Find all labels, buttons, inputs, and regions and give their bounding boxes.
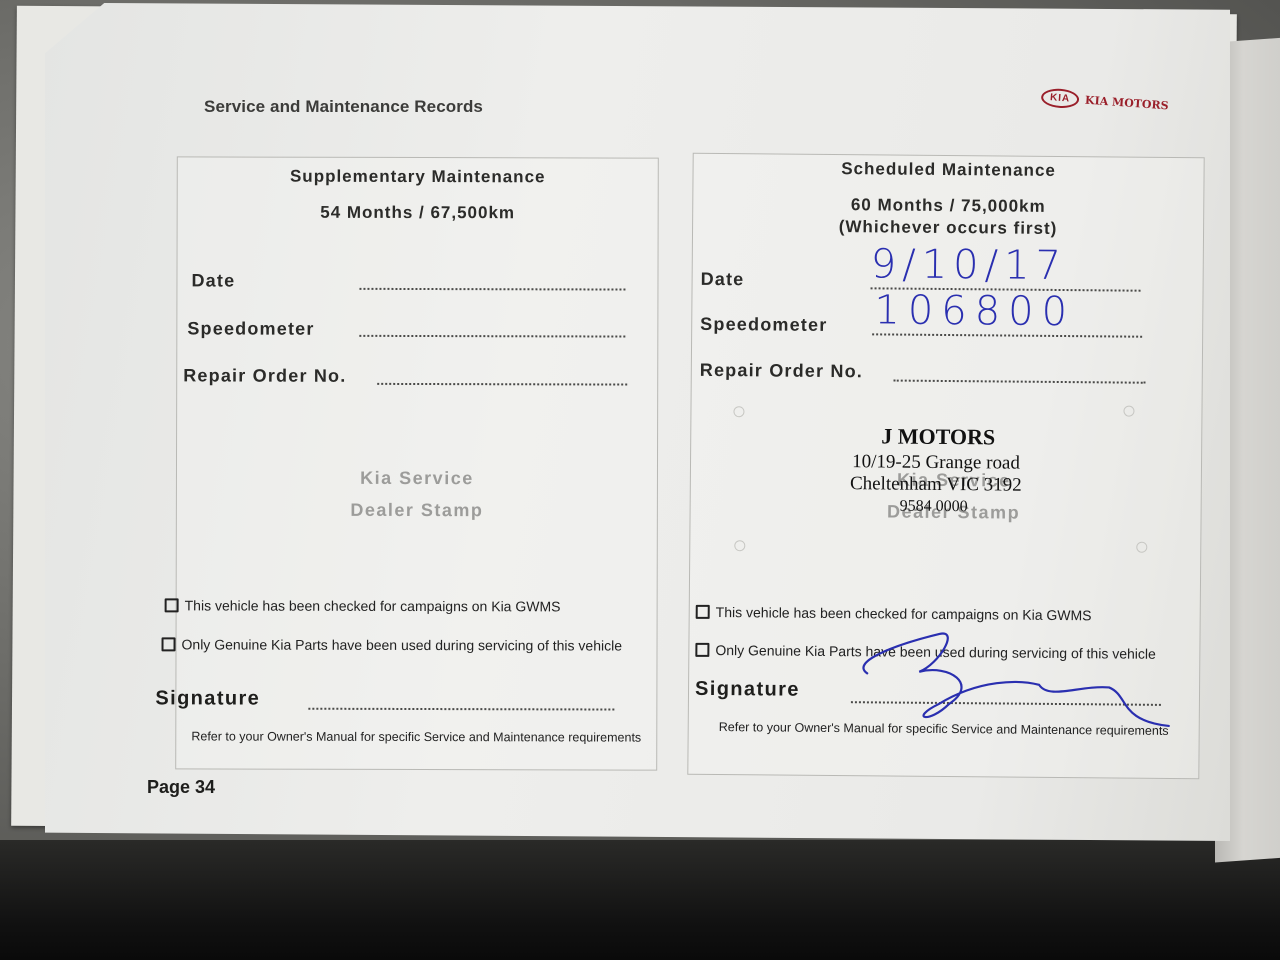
repair-order-field[interactable]	[894, 380, 1146, 384]
handwritten-odometer: 106800	[874, 287, 1075, 335]
signature-field[interactable]	[308, 708, 614, 711]
date-field[interactable]	[359, 288, 625, 291]
footnote: Refer to your Owner's Manual for specifi…	[176, 729, 656, 744]
panel-interval: 54 Months / 67,500km	[178, 202, 658, 223]
date-label: Date	[701, 269, 745, 290]
campaign-check-row[interactable]: This vehicle has been checked for campai…	[165, 597, 561, 614]
document-title: Service and Maintenance Records	[204, 97, 483, 117]
punch-hole	[1123, 406, 1134, 417]
signature-label: Signature	[695, 678, 800, 702]
panel-interval: 60 Months / 75,000km	[693, 194, 1203, 218]
brand-name: KIA MOTORS	[1085, 94, 1169, 113]
genuine-parts-check-row[interactable]: Only Genuine Kia Parts have been used du…	[162, 636, 623, 653]
checkbox-icon[interactable]	[165, 598, 179, 612]
punch-hole	[733, 406, 744, 417]
supplementary-maintenance-panel: Supplementary Maintenance 54 Months / 67…	[175, 156, 659, 770]
checkbox-icon[interactable]	[162, 637, 176, 651]
kia-motors-logo: KIA KIA MOTORS	[1040, 88, 1169, 116]
dealer-name: J MOTORS	[683, 422, 1193, 452]
speedometer-label: Speedometer	[700, 314, 827, 336]
panel-title: Scheduled Maintenance	[694, 158, 1204, 182]
campaign-check-row[interactable]: This vehicle has been checked for campai…	[696, 604, 1092, 623]
kia-logo-icon: KIA	[1040, 88, 1079, 110]
panel-qualifier: (Whichever occurs first)	[693, 216, 1203, 240]
panel-title: Supplementary Maintenance	[178, 166, 658, 187]
punch-hole	[1136, 542, 1147, 553]
page-number: Page 34	[147, 777, 215, 798]
signature-label: Signature	[155, 687, 260, 710]
handwritten-date: 9/10/17	[871, 241, 1068, 289]
checkbox-icon[interactable]	[695, 643, 709, 657]
punch-hole	[734, 540, 745, 551]
repair-order-field[interactable]	[377, 383, 627, 386]
dealer-address-line2: Cheltenham VIC 3192	[681, 472, 1191, 498]
campaign-check-label: This vehicle has been checked for campai…	[716, 604, 1092, 623]
genuine-parts-check-label: Only Genuine Kia Parts have been used du…	[182, 636, 623, 653]
speedometer-field[interactable]	[359, 335, 625, 338]
stamp-placeholder-line2: Dealer Stamp	[177, 499, 657, 521]
scheduled-maintenance-panel: Scheduled Maintenance 60 Months / 75,000…	[687, 153, 1204, 779]
repair-order-label: Repair Order No.	[700, 360, 863, 382]
page-content: Service and Maintenance Records KIA KIA …	[0, 0, 1280, 960]
checkbox-icon[interactable]	[696, 605, 710, 619]
repair-order-label: Repair Order No.	[183, 365, 346, 386]
stamp-placeholder-line1: Kia Service	[177, 467, 657, 489]
date-label: Date	[191, 270, 235, 291]
handwritten-signature	[839, 623, 1180, 736]
campaign-check-label: This vehicle has been checked for campai…	[185, 597, 561, 614]
speedometer-label: Speedometer	[187, 318, 314, 339]
